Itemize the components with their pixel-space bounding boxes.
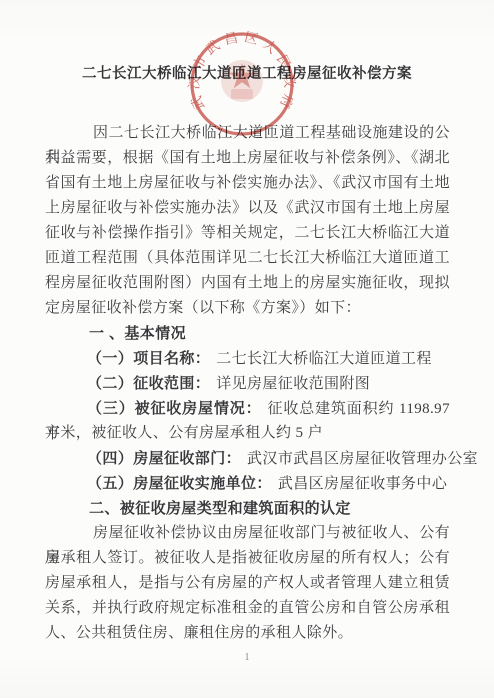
item-label: （一）项目名称： (87, 350, 210, 367)
paragraph1-line: 程房屋征收范围附图）内国有土地上的房屋实施征收，现拟 (45, 271, 450, 296)
paragraph2-line: 关系，并执行政府规定标准租金的直管公房和自管公房承租 (45, 596, 450, 621)
item-label: （四）房屋征收部门： (87, 450, 241, 467)
paragraph2-line: 房屋承租人，是指与公有房屋的产权人或者管理人建立租赁 (45, 571, 450, 596)
official-seal: 武汉市武昌区人民政府 (177, 19, 307, 149)
paragraph2-line: 房屋征收补偿协议由房屋征收部门与被征收人、公有房 (45, 521, 450, 546)
paragraph2-line: 人、公共租赁住房、廉租住房的承租人除外。 (45, 621, 450, 646)
document-page: 武汉市武昌区人民政府 二七长江大桥临江大道匝道工程房屋征收补偿方案 因二七长江大… (0, 0, 494, 698)
item-label: （二）征收范围： (87, 375, 210, 392)
paragraph1-line: 定房屋征收补偿方案（以下称《方案》）如下： (45, 296, 450, 321)
paragraph2-line: 屋承租人签订。被征收人是指被征收房屋的所有权人；公有 (45, 546, 450, 571)
paragraph1-line: 上房屋征收与补偿实施办法》以及《武汉市国有土地上房屋 (45, 196, 450, 221)
item-value: 二七长江大桥临江大道匝道工程 (216, 351, 432, 367)
document-body: 因二七长江大桥临江大道匝道工程基础设施建设的公共 利益需要，根据《国有土地上房屋… (45, 121, 450, 646)
page-number: 1 (0, 652, 494, 663)
section-heading-1: 一 、基本情况 (45, 321, 450, 346)
item-value: 武昌区房屋征收事务中心 (278, 476, 447, 492)
item-expropriation-scope: （二）征收范围：详见房屋征收范围附图 (45, 371, 450, 396)
item-value: 武汉市武昌区房屋征收管理办公室 (247, 451, 478, 467)
paragraph1-line: 征收与补偿操作指引》等相关规定，二七长江大桥临江大道 (45, 221, 450, 246)
item-value: 详见房屋征收范围附图 (216, 376, 370, 392)
item-expropriation-department: （四）房屋征收部门：武汉市武昌区房屋征收管理办公室 (45, 446, 450, 471)
item-implementation-unit: （五）房屋征收实施单位：武昌区房屋征收事务中心 (45, 471, 450, 496)
seal-emblem-base (231, 89, 253, 99)
item-label: （五）房屋征收实施单位： (87, 475, 272, 492)
item-house-situation-continued: 方米，被征收人、公有房屋承租人约 5 户 (45, 421, 450, 446)
paragraph1-line: 利益需要，根据《国有土地上房屋征收与补偿条例》、《湖北 (45, 146, 450, 171)
item-project-name: （一）项目名称：二七长江大桥临江大道匝道工程 (45, 346, 450, 371)
paragraph1-line: 省国有土地上房屋征收与补偿实施办法》、《武汉市国有土地 (45, 171, 450, 196)
section-heading-2: 二、被征收房屋类型和建筑面积的认定 (45, 496, 450, 521)
item-label: （三）被征收房屋情况： (87, 400, 261, 417)
paragraph1-line: 匝道工程范围（具体范围详见二七长江大桥临江大道匝道工 (45, 246, 450, 271)
item-house-situation: （三）被征收房屋情况：征收总建筑面积约 1198.97 平 (45, 396, 450, 421)
seal-graphic: 武汉市武昌区人民政府 (177, 19, 307, 149)
